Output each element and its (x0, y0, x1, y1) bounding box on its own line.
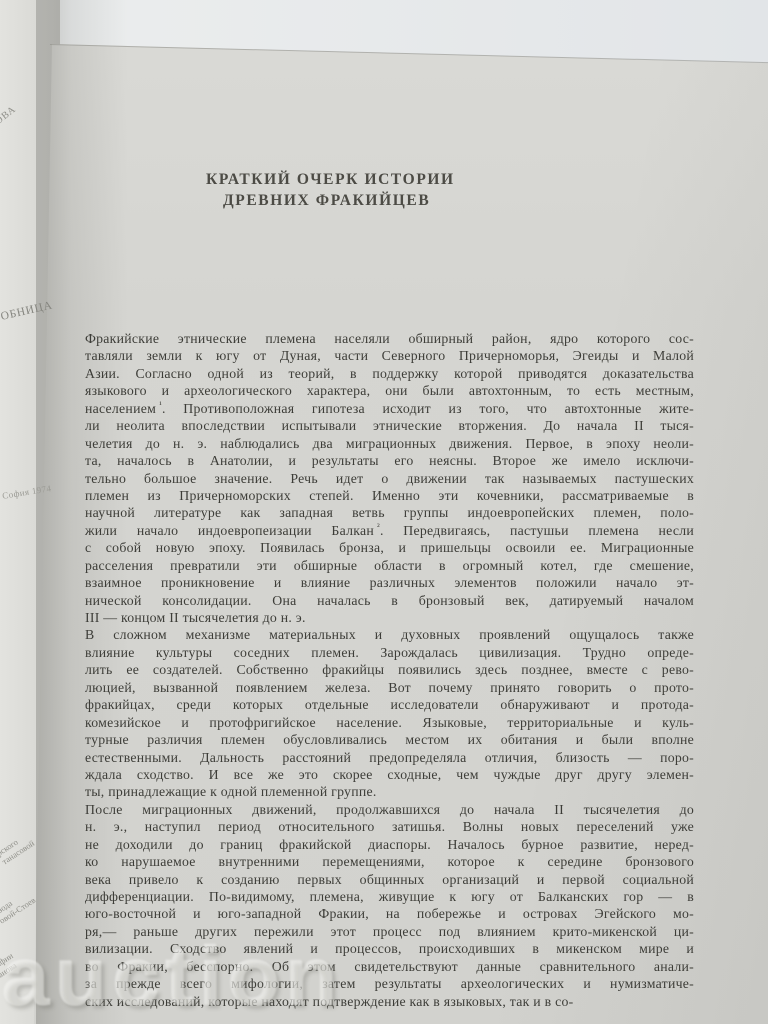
page-content: КРАТКИЙ ОЧЕРК ИСТОРИИ ДРЕВНИХ ФРАКИЙЦЕВ … (0, 0, 768, 1024)
body-text-line: н. э., наступил период относительного за… (85, 818, 694, 835)
body-text-line: за прежде всего мифологии, затем результ… (85, 975, 694, 992)
body-text-line: ты, принадлежащие к одной племенной груп… (85, 783, 694, 800)
body-text-line: нической консолидации. Она началась в бр… (85, 592, 694, 609)
body-text-line: научной литературе как западная ветвь гр… (85, 504, 694, 521)
body-text-line: ждала сходство. И все же это скорее сход… (85, 766, 694, 783)
body-text-line: жили начало индоевропеизации Балкан ². П… (85, 522, 694, 539)
body-text-line: вилизации. Сходство явлений и процессов,… (85, 940, 694, 957)
body-text-line: ли неолита впоследствии испытывали этнич… (85, 417, 694, 434)
chapter-heading: КРАТКИЙ ОЧЕРК ИСТОРИИ ДРЕВНИХ ФРАКИЙЦЕВ (206, 170, 455, 211)
body-text-line: ко нарушаемое внутренними перемещениями,… (85, 853, 694, 870)
chapter-heading-line1: КРАТКИЙ ОЧЕРК ИСТОРИИ (206, 171, 455, 188)
body-text-line: турные различия племен обусловливались м… (85, 731, 694, 748)
body-text-line: не доходили до границ фракийской диаспор… (85, 836, 694, 853)
body-text-line: естественными. Дальность расстояний пред… (85, 749, 694, 766)
book-photo: ОВА РОБНИЦА София 1974 рского танасовой … (0, 0, 768, 1024)
body-text-line: та, началось в Анатолии, и результаты ег… (85, 452, 694, 469)
body-text-line: тавляли земли к югу от Дуная, части Севе… (85, 347, 694, 364)
body-text-line: во Фракии, бесспорно. Об этом свидетельс… (85, 958, 694, 975)
chapter-heading-line2: ДРЕВНИХ ФРАКИЙЦЕВ (206, 191, 455, 212)
body-text-line: После миграционных движений, продолжавши… (85, 801, 694, 818)
body-text-line: Фракийские этнические племена населяли о… (85, 330, 694, 347)
body-text-line: влияние культуры соседних племен. Зарожд… (85, 644, 694, 661)
body-text-line: ря,— раньше других пережили этот процесс… (85, 923, 694, 940)
body-text-line: расселения превратили эти обширные облас… (85, 557, 694, 574)
body-text-line: тельно большое значение. Речь идет о дви… (85, 470, 694, 487)
body-text-line: с собой новую эпоху. Появилась бронза, и… (85, 539, 694, 556)
body-text-line: юго-восточной и юго-западной Фракии, на … (85, 905, 694, 922)
body-text-line: люцией, вызванной появлением железа. Вот… (85, 679, 694, 696)
body-text-line: населением ¹. Противоположная гипотеза и… (85, 400, 694, 417)
body-text-line: III — концом II тысячелетия до н. э. (85, 609, 694, 626)
body-text-line: челетия до н. э. наблюдались два миграци… (85, 435, 694, 452)
body-text-line: языкового и археологического характера, … (85, 382, 694, 399)
body-text-line: племен из Причерноморских степей. Именно… (85, 487, 694, 504)
body-text-line: дифференциации. По-видимому, племена, жи… (85, 888, 694, 905)
body-text-line: Азии. Согласно одной из теорий, в поддер… (85, 365, 694, 382)
body-text-line: комезийское и протофригийское население.… (85, 714, 694, 731)
body-text-line: фракийцах, среди которых отдельные иссле… (85, 696, 694, 713)
body-text-line: В сложном механизме материальных и духов… (85, 626, 694, 643)
body-text: Фракийские этнические племена населяли о… (85, 330, 694, 1010)
body-text-line: века привело к созданию первых общинных … (85, 871, 694, 888)
body-text-line: взаимное проникновение и влияние различн… (85, 574, 694, 591)
body-text-line: лить ее создателей. Собственно фракийцы … (85, 661, 694, 678)
body-text-line: ских исследований, которые находят подтв… (85, 993, 694, 1010)
